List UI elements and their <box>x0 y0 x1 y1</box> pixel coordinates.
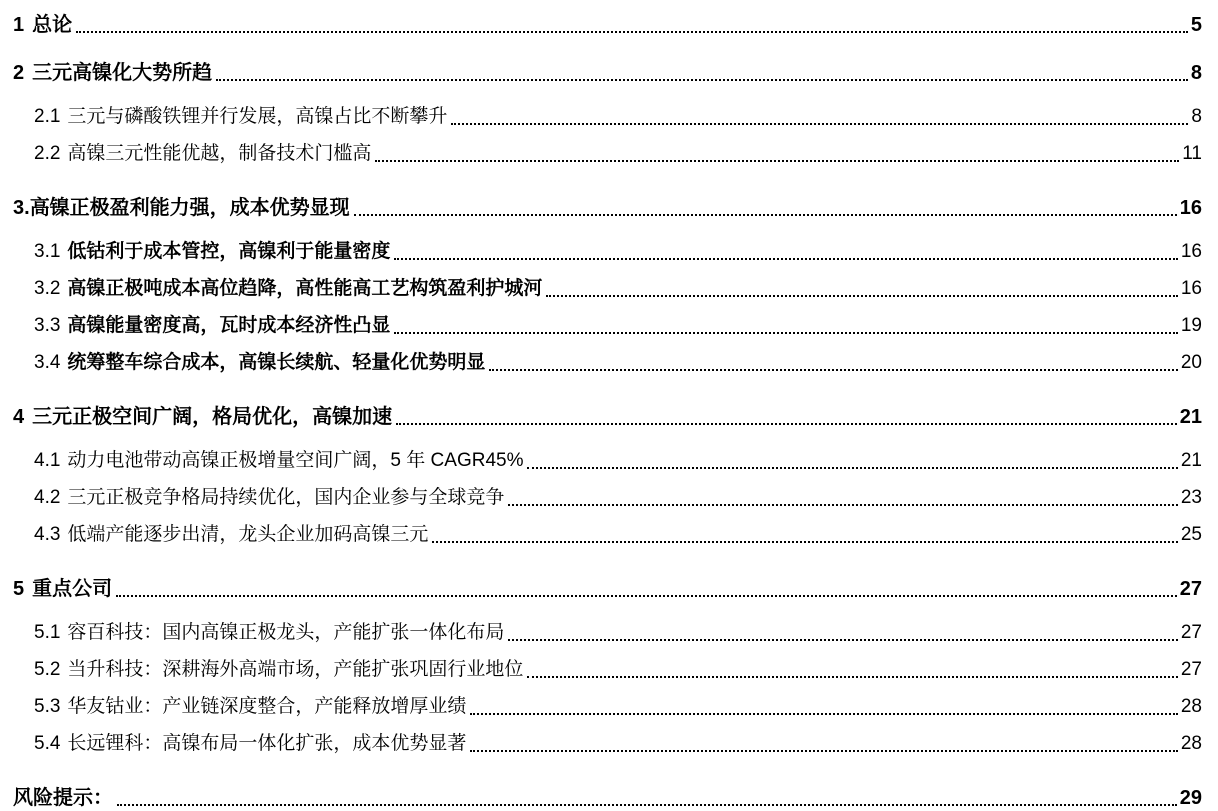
toc-entry-page: 29 <box>1180 785 1202 811</box>
toc-entry[interactable]: 5.2 当升科技：深耕海外高端市场，产能扩张巩固行业地位 27 <box>34 657 1202 683</box>
toc-entry-title: 容百科技：国内高镍正极龙头，产能扩张一体化布局 <box>67 620 504 646</box>
toc-leader-dots <box>216 79 1188 81</box>
toc-entry-page: 23 <box>1181 485 1202 511</box>
toc-leader-dots <box>508 639 1177 641</box>
toc-entry-page: 27 <box>1180 576 1202 602</box>
toc-entry-number: 3.3 <box>34 313 60 339</box>
toc-leader-dots <box>432 541 1177 543</box>
toc-entry-number: 5.1 <box>34 620 60 646</box>
toc-entry[interactable]: 4.3 低端产能逐步出清，龙头企业加码高镍三元 25 <box>34 522 1202 548</box>
toc-entry[interactable]: 2.1 三元与磷酸铁锂并行发展，高镍占比不断攀升 8 <box>34 104 1202 130</box>
toc-entry[interactable]: 5.4 长远锂科：高镍布局一体化扩张，成本优势显著 28 <box>34 731 1202 757</box>
toc-entry-number: 5.3 <box>34 694 60 720</box>
toc-entry-number: 2.2 <box>34 141 60 167</box>
toc-entry[interactable]: 2.2 高镍三元性能优越，制备技术门槛高 11 <box>34 141 1202 167</box>
toc-entry-title: 统筹整车综合成本，高镍长续航、轻量化优势明显 <box>67 350 485 376</box>
toc-leader-dots <box>394 258 1177 260</box>
toc-entry-title: 华友钴业：产业链深度整合，产能释放增厚业绩 <box>67 694 466 720</box>
toc-entry-number: 5 <box>13 576 24 602</box>
toc-entry-number: 3.1 <box>34 239 60 265</box>
toc-leader-dots <box>527 676 1177 678</box>
toc-entry-page: 8 <box>1191 60 1202 86</box>
toc-entry-title: 总论 <box>32 12 72 38</box>
toc-leader-dots <box>527 467 1177 469</box>
toc-entry-page: 5 <box>1191 12 1202 38</box>
toc-entry[interactable]: 3.2 高镍正极吨成本高位趋降，高性能高工艺构筑盈利护城河 16 <box>34 276 1202 302</box>
toc-entry-page: 28 <box>1181 694 1202 720</box>
toc-entry-number: 3.2 <box>34 276 60 302</box>
table-of-contents: 1 总论 5 2 三元高镍化大势所趋 8 2.1 三元与磷酸铁锂并行发展，高镍占… <box>13 12 1202 811</box>
toc-entry-page: 21 <box>1181 448 1202 474</box>
toc-entry-page: 28 <box>1181 731 1202 757</box>
toc-entry-page: 25 <box>1181 522 1202 548</box>
toc-entry-page: 16 <box>1181 276 1202 302</box>
toc-entry-number: 3. <box>13 195 30 221</box>
toc-entry-title: 动力电池带动高镍正极增量空间广阔，5 年 CAGR45% <box>67 448 523 474</box>
toc-entry-title: 长远锂科：高镍布局一体化扩张，成本优势显著 <box>67 731 466 757</box>
toc-entry-number: 5.4 <box>34 731 60 757</box>
toc-entry-number: 2 <box>13 60 24 86</box>
toc-entry[interactable]: 风险提示： 29 <box>13 785 1202 811</box>
toc-entry-title: 低钴利于成本管控，高镍利于能量密度 <box>67 239 390 265</box>
toc-entry-title: 高镍能量密度高，瓦时成本经济性凸显 <box>67 313 390 339</box>
toc-leader-dots <box>117 804 1177 806</box>
toc-entry-number: 4 <box>13 404 24 430</box>
toc-entry[interactable]: 3.1 低钴利于成本管控，高镍利于能量密度 16 <box>34 239 1202 265</box>
toc-entry[interactable]: 3. 高镍正极盈利能力强，成本优势显现 16 <box>13 195 1202 221</box>
toc-leader-dots <box>489 369 1177 371</box>
toc-leader-dots <box>508 504 1177 506</box>
toc-leader-dots <box>396 423 1177 425</box>
toc-entry-page: 11 <box>1182 141 1202 167</box>
toc-entry-number: 5.2 <box>34 657 60 683</box>
toc-entry[interactable]: 5 重点公司 27 <box>13 576 1202 602</box>
toc-entry-title: 三元正极空间广阔，格局优化，高镍加速 <box>32 404 392 430</box>
toc-entry-title: 重点公司 <box>32 576 112 602</box>
toc-entry-page: 16 <box>1180 195 1202 221</box>
toc-leader-dots <box>470 713 1177 715</box>
toc-entry[interactable]: 4.1 动力电池带动高镍正极增量空间广阔，5 年 CAGR45% 21 <box>34 448 1202 474</box>
toc-entry-title: 三元正极竞争格局持续优化，国内企业参与全球竞争 <box>67 485 504 511</box>
toc-entry-title: 高镍正极盈利能力强，成本优势显现 <box>30 195 350 221</box>
toc-entry-number: 4.1 <box>34 448 60 474</box>
toc-entry-page: 19 <box>1181 313 1202 339</box>
toc-entry[interactable]: 5.1 容百科技：国内高镍正极龙头，产能扩张一体化布局 27 <box>34 620 1202 646</box>
toc-entry-number: 4.3 <box>34 522 60 548</box>
toc-entry-title: 当升科技：深耕海外高端市场，产能扩张巩固行业地位 <box>67 657 523 683</box>
toc-entry-page: 27 <box>1181 657 1202 683</box>
toc-entry[interactable]: 2 三元高镍化大势所趋 8 <box>13 60 1202 86</box>
toc-entry[interactable]: 1 总论 5 <box>13 12 1202 38</box>
toc-entry-page: 20 <box>1181 350 1202 376</box>
toc-leader-dots <box>375 160 1179 162</box>
toc-entry-title: 风险提示： <box>13 785 113 811</box>
toc-entry-title: 高镍正极吨成本高位趋降，高性能高工艺构筑盈利护城河 <box>67 276 542 302</box>
toc-entry-page: 16 <box>1181 239 1202 265</box>
toc-entry-title: 低端产能逐步出清，龙头企业加码高镍三元 <box>67 522 428 548</box>
toc-entry-number: 2.1 <box>34 104 60 130</box>
toc-leader-dots <box>394 332 1177 334</box>
toc-entry-page: 8 <box>1191 104 1202 130</box>
toc-leader-dots <box>76 31 1188 33</box>
toc-entry-number: 1 <box>13 12 24 38</box>
toc-entry[interactable]: 4 三元正极空间广阔，格局优化，高镍加速 21 <box>13 404 1202 430</box>
toc-leader-dots <box>451 123 1188 125</box>
toc-entry-page: 27 <box>1181 620 1202 646</box>
toc-entry-title: 三元高镍化大势所趋 <box>32 60 212 86</box>
toc-entry[interactable]: 3.3 高镍能量密度高，瓦时成本经济性凸显 19 <box>34 313 1202 339</box>
toc-entry[interactable]: 3.4 统筹整车综合成本，高镍长续航、轻量化优势明显 20 <box>34 350 1202 376</box>
document-page: 1 总论 5 2 三元高镍化大势所趋 8 2.1 三元与磷酸铁锂并行发展，高镍占… <box>0 0 1218 811</box>
toc-entry-page: 21 <box>1180 404 1202 430</box>
toc-entry-number: 4.2 <box>34 485 60 511</box>
toc-entry[interactable]: 5.3 华友钴业：产业链深度整合，产能释放增厚业绩 28 <box>34 694 1202 720</box>
toc-entry-title: 高镍三元性能优越，制备技术门槛高 <box>67 141 371 167</box>
toc-leader-dots <box>116 595 1177 597</box>
toc-leader-dots <box>354 214 1177 216</box>
toc-entry[interactable]: 4.2 三元正极竞争格局持续优化，国内企业参与全球竞争 23 <box>34 485 1202 511</box>
toc-leader-dots <box>470 750 1177 752</box>
toc-entry-number: 3.4 <box>34 350 60 376</box>
toc-entry-title: 三元与磷酸铁锂并行发展，高镍占比不断攀升 <box>67 104 447 130</box>
toc-leader-dots <box>546 295 1177 297</box>
